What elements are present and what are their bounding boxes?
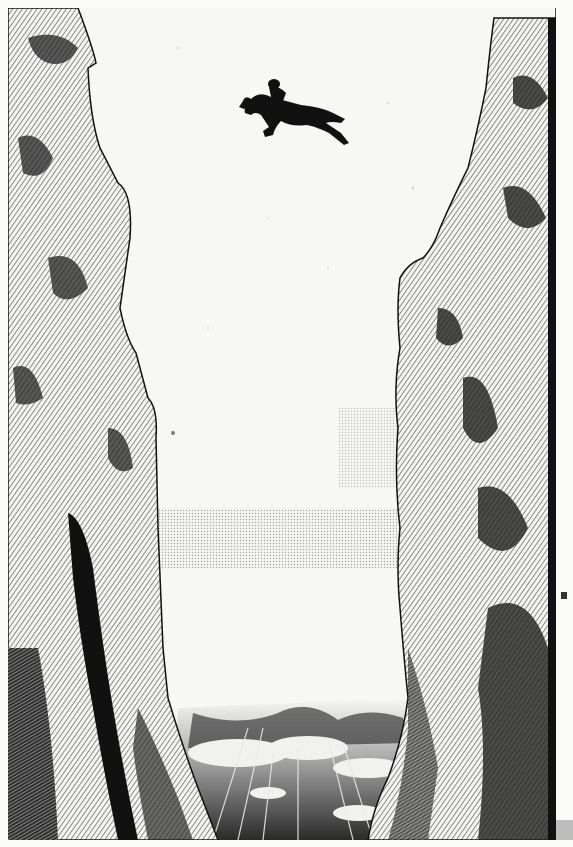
- cloud-band: [158, 508, 408, 568]
- edge-mark: [561, 592, 567, 599]
- edge-strip: [556, 820, 573, 840]
- manga-page: [0, 0, 573, 847]
- illustration-panel: [8, 8, 556, 840]
- chasm-illustration: [8, 8, 556, 840]
